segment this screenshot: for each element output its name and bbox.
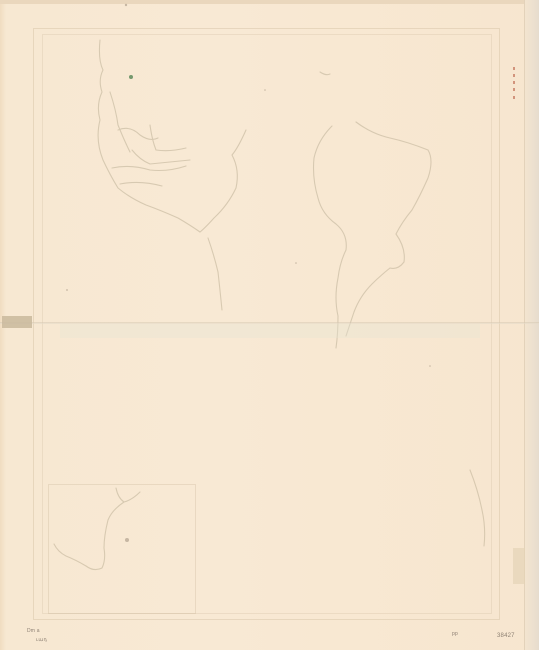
pencil-note: pp	[452, 631, 458, 637]
inventory-number: 38427	[497, 633, 515, 639]
pencil-note: Dm a	[27, 628, 40, 634]
pencil-note: ւադ	[36, 637, 47, 643]
tape-remnant-left	[2, 316, 32, 328]
fold-discoloration	[60, 324, 480, 338]
tape-remnant-right	[513, 548, 525, 584]
